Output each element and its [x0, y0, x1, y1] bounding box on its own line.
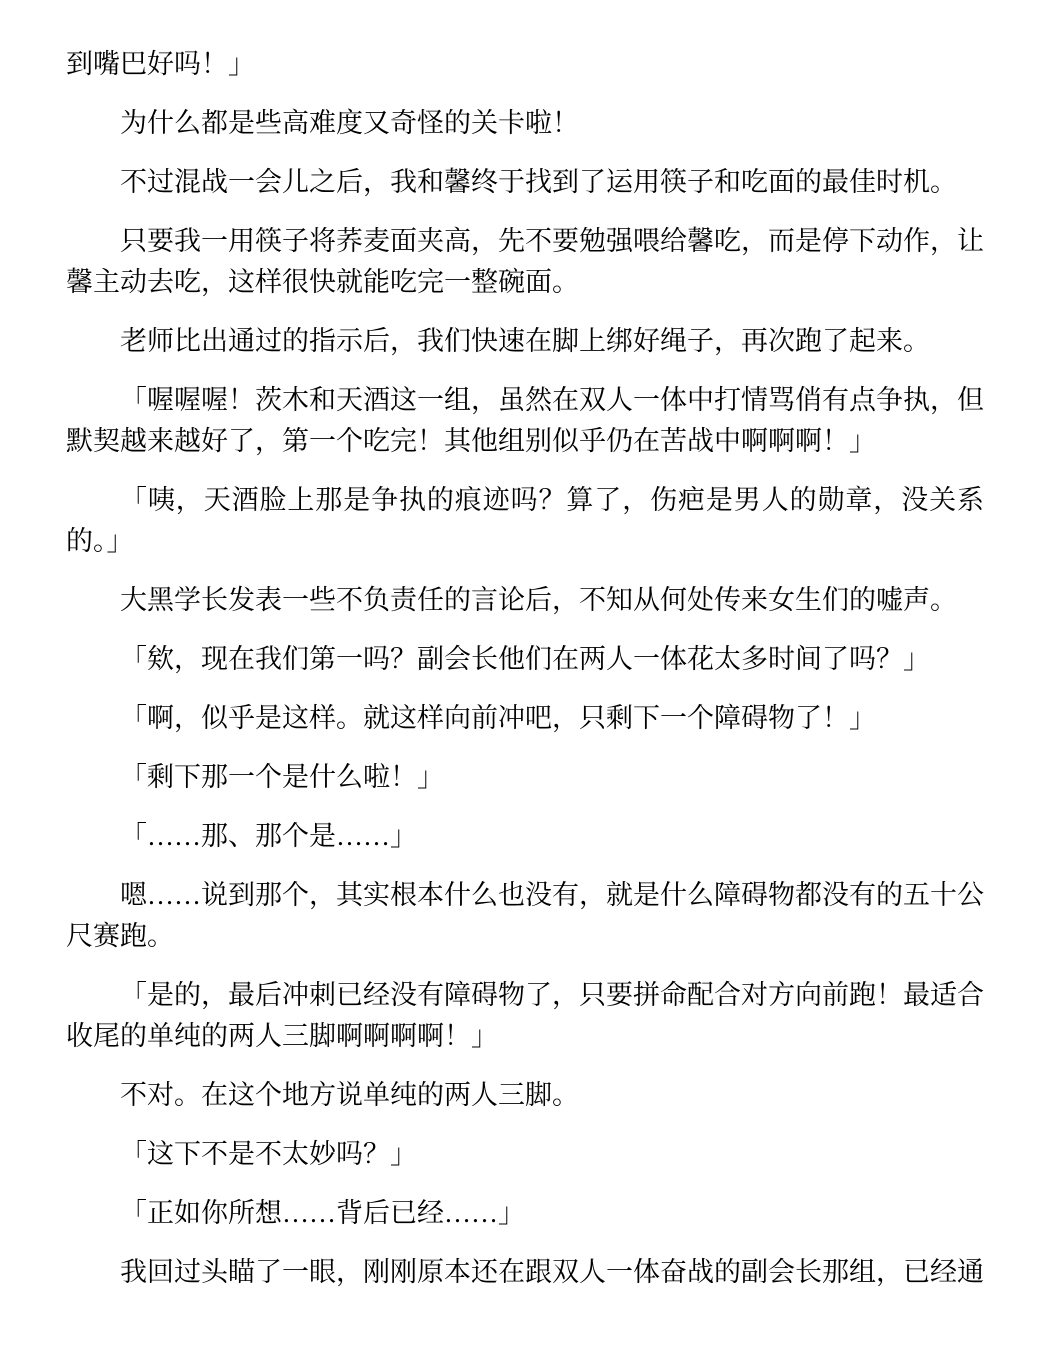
paragraph: 嗯……说到那个，其实根本什么也没有，就是什么障碍物都没有的五十公尺赛跑。: [66, 875, 984, 957]
page-content: 到嘴巴好吗！」为什么都是些高难度又奇怪的关卡啦！不过混战一会儿之后，我和馨终于找…: [66, 44, 984, 1293]
paragraph: 「喔喔喔！茨木和天酒这一组，虽然在双人一体中打情骂俏有点争执，但默契越来越好了，…: [66, 380, 984, 462]
paragraph: 到嘴巴好吗！」: [66, 44, 984, 85]
paragraph: 「欸，现在我们第一吗？副会长他们在两人一体花太多时间了吗？」: [66, 639, 984, 680]
paragraph: 大黑学长发表一些不负责任的言论后，不知从何处传来女生们的嘘声。: [66, 580, 984, 621]
paragraph: 为什么都是些高难度又奇怪的关卡啦！: [66, 103, 984, 144]
paragraph: 「啊，似乎是这样。就这样向前冲吧，只剩下一个障碍物了！」: [66, 698, 984, 739]
paragraph: 老师比出通过的指示后，我们快速在脚上绑好绳子，再次跑了起来。: [66, 321, 984, 362]
paragraph: 「这下不是不太妙吗？」: [66, 1134, 984, 1175]
document-page: 到嘴巴好吗！」为什么都是些高难度又奇怪的关卡啦！不过混战一会儿之后，我和馨终于找…: [0, 0, 1046, 1354]
paragraph: 「剩下那一个是什么啦！」: [66, 757, 984, 798]
paragraph: 不过混战一会儿之后，我和馨终于找到了运用筷子和吃面的最佳时机。: [66, 162, 984, 203]
paragraph: 「咦，天酒脸上那是争执的痕迹吗？算了，伤疤是男人的勋章，没关系的。」: [66, 480, 984, 562]
paragraph: 我回过头瞄了一眼，刚刚原本还在跟双人一体奋战的副会长那组，已经通: [66, 1252, 984, 1293]
paragraph: 「……那、那个是……」: [66, 816, 984, 857]
paragraph: 只要我一用筷子将荞麦面夹高，先不要勉强喂给馨吃，而是停下动作，让馨主动去吃，这样…: [66, 221, 984, 303]
paragraph: 「是的，最后冲刺已经没有障碍物了，只要拼命配合对方向前跑！最适合收尾的单纯的两人…: [66, 975, 984, 1057]
paragraph: 不对。在这个地方说单纯的两人三脚。: [66, 1075, 984, 1116]
paragraph: 「正如你所想……背后已经……」: [66, 1193, 984, 1234]
